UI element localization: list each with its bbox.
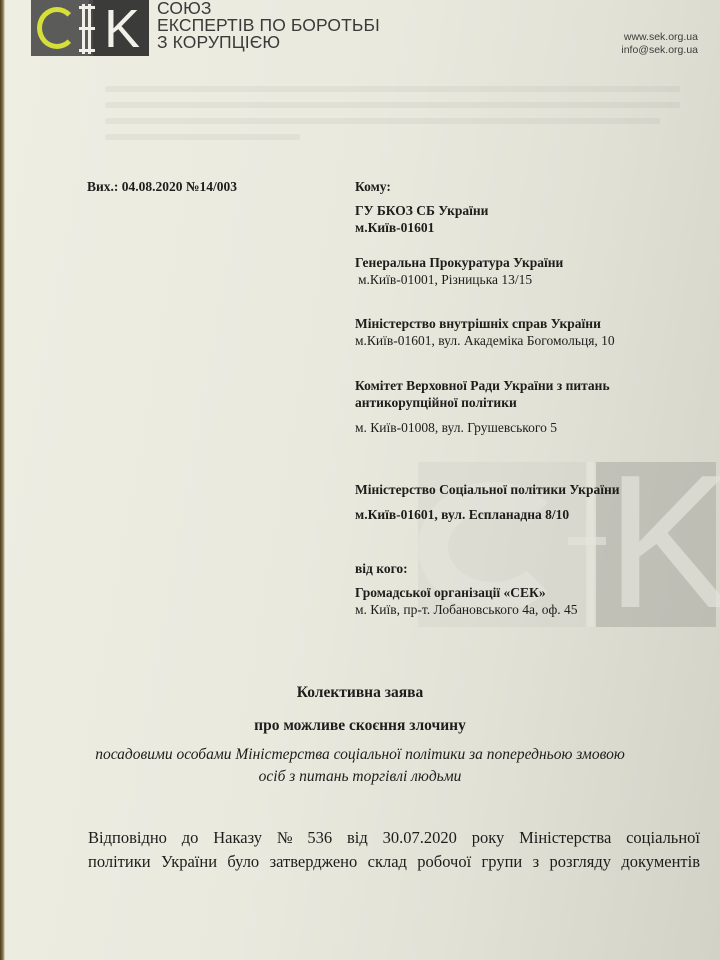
recipients-label: Кому: — [355, 178, 391, 195]
recipient-address: м.Київ-01001, Різницька 13/15 — [355, 271, 563, 288]
recipient-name: Генеральна Прокуратура України — [355, 254, 563, 271]
recipient-name: антикорупційної політики — [355, 394, 610, 411]
body-paragraph: Відповідно до Наказу № 536 від 30.07.202… — [88, 826, 700, 874]
recipient-name: ГУ БКОЗ СБ України — [355, 202, 488, 219]
recipient: Генеральна Прокуратура України м.Київ-01… — [355, 254, 563, 288]
contacts: www.sek.org.ua info@sek.org.ua — [621, 31, 698, 57]
show-through — [105, 102, 680, 108]
recipient-address: м.Київ-01601 — [355, 219, 488, 236]
sender-address: м. Київ, пр-т. Лобановського 4а, оф. 45 — [355, 601, 578, 618]
body-line: політики України було затверджено склад … — [88, 850, 700, 874]
recipient: Комітет Верховної Ради України з питань … — [355, 377, 610, 436]
sender-label: від кого: — [355, 560, 408, 577]
document-subtitle: про можливе скоєння злочину — [0, 716, 720, 735]
show-through — [105, 118, 660, 124]
subject-line: посадовими особами Міністерства соціальн… — [0, 744, 720, 766]
recipient-name: Міністерство внутрішніх справ України — [355, 315, 615, 332]
document-subject: посадовими особами Міністерства соціальн… — [0, 744, 720, 788]
recipient-name: Комітет Верховної Ради України з питань — [355, 377, 610, 394]
recipient: ГУ БКОЗ СБ України м.Київ-01601 — [355, 202, 488, 236]
outgoing-reference: Вих.: 04.08.2020 №14/003 — [87, 178, 237, 195]
recipient: Міністерство Соціальної політики України… — [355, 477, 620, 527]
recipient-address: м.Київ-01601, вул. Академіка Богомольця,… — [355, 332, 615, 349]
logo-letter-k: K — [104, 2, 140, 56]
watermark-letter-k: K — [606, 452, 720, 632]
recipient-address: м.Київ-01601, вул. Еспланадна 8/10 — [355, 502, 620, 527]
document-title: Колективна заява — [0, 683, 720, 702]
paper-edge — [0, 0, 5, 960]
show-through — [105, 86, 680, 92]
sek-logo: K — [31, 0, 149, 56]
show-through — [105, 134, 300, 140]
recipient-address: м. Київ-01008, вул. Грушевського 5 — [355, 419, 610, 436]
document-page: K СОЮЗ ЕКСПЕРТІВ ПО БОРОТЬБІ З КОРУПЦІЄЮ… — [0, 0, 720, 960]
website-link[interactable]: www.sek.org.ua — [621, 31, 698, 44]
watermark-letter-e — [568, 537, 606, 545]
body-line: Відповідно до Наказу № 536 від 30.07.202… — [88, 826, 700, 850]
org-name-line: З КОРУПЦІЄЮ — [157, 34, 380, 51]
logo-letter-e — [74, 4, 98, 54]
sender-name: Громадської організації «СЕК» — [355, 584, 578, 601]
recipient-name: Міністерство Соціальної політики України — [355, 477, 620, 502]
email-link[interactable]: info@sek.org.ua — [621, 44, 698, 57]
sender: Громадської організації «СЕК» м. Київ, п… — [355, 584, 578, 618]
recipient: Міністерство внутрішніх справ України м.… — [355, 315, 615, 349]
subject-line: осіб з питань торгівлі людьми — [0, 766, 720, 788]
org-name: СОЮЗ ЕКСПЕРТІВ ПО БОРОТЬБІ З КОРУПЦІЄЮ — [157, 0, 380, 51]
logo-letter-c — [37, 7, 77, 49]
